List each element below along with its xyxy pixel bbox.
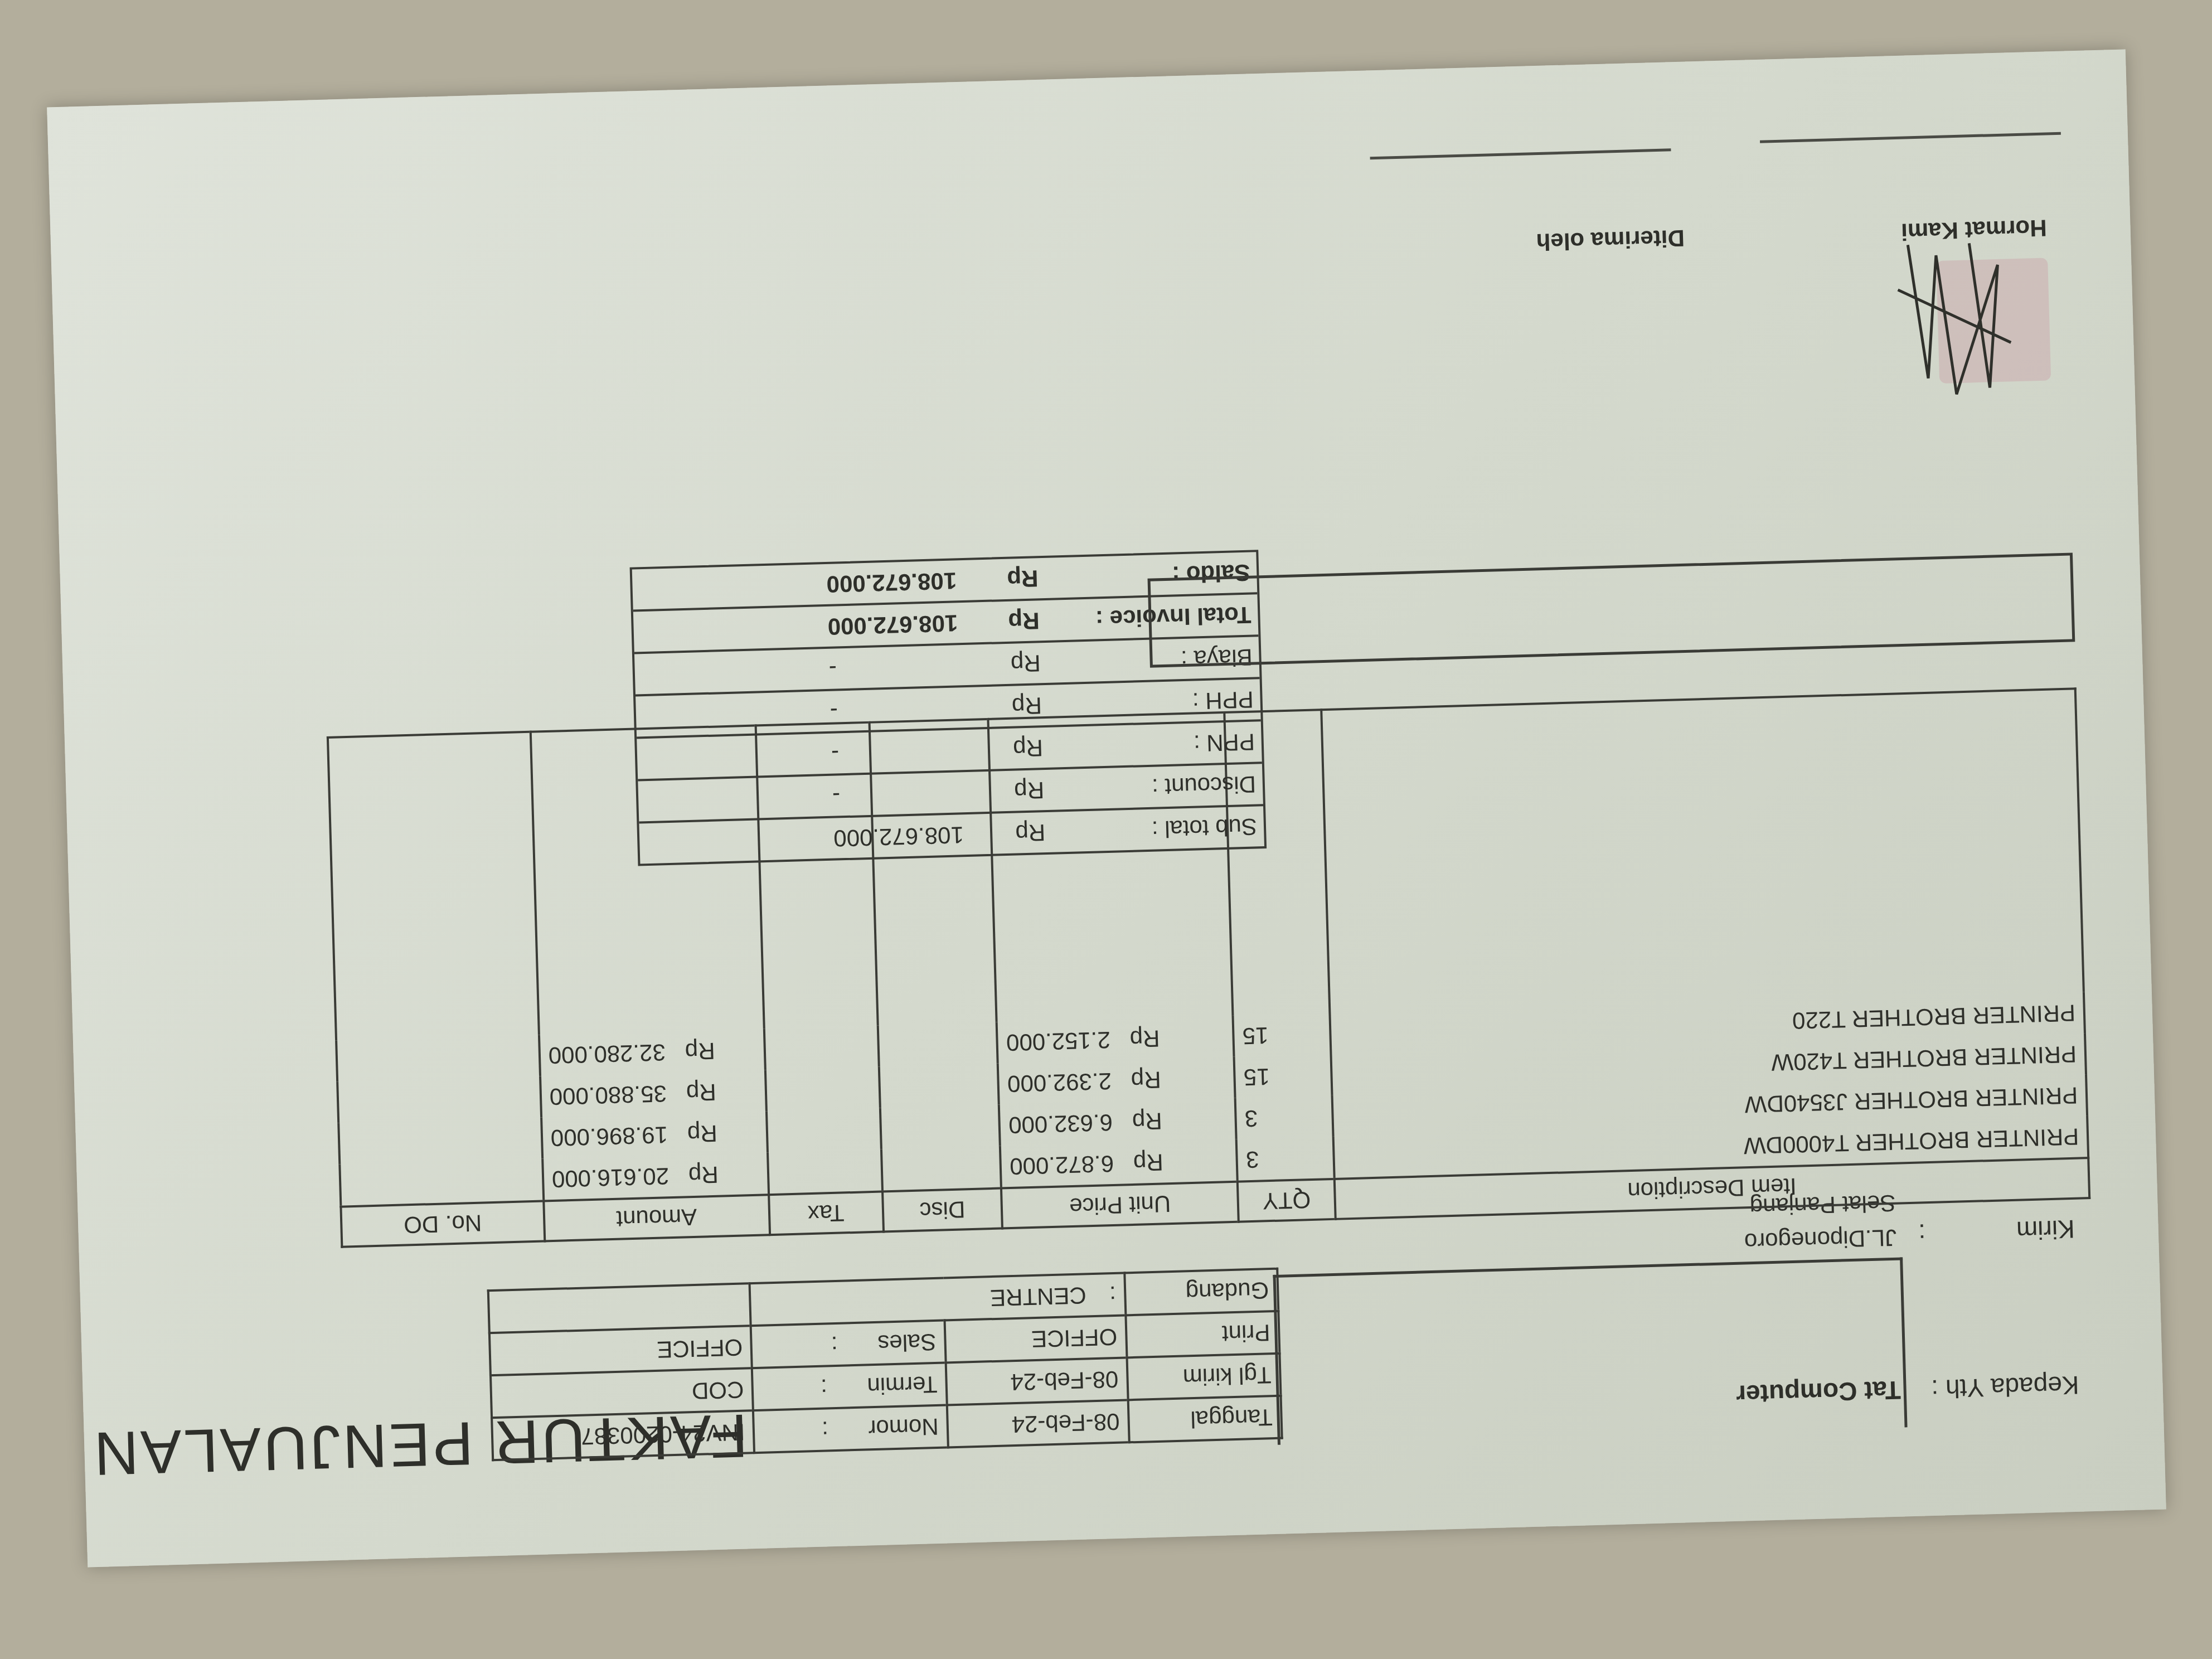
invoice-meta-table: Tanggal 08-Feb-24 Nomor : INV24-0200387 …	[487, 1268, 1283, 1462]
item-no-do	[338, 1118, 542, 1165]
totals-value: -	[829, 693, 997, 724]
totals-label: Sub total :	[1045, 813, 1264, 846]
nomor-label: Nomor :	[753, 1405, 948, 1453]
item-disc	[880, 1105, 1000, 1149]
header-disc: Disc	[882, 1189, 1003, 1232]
invoice-document: FAKTUR PENJUALAN Kepada Yth : Tat Comput…	[47, 49, 2166, 1567]
totals-currency: Rp	[996, 649, 1041, 677]
item-disc	[877, 1022, 998, 1067]
header-unit-price: Unit Price	[1001, 1182, 1239, 1229]
shipping-label: Kirim :	[1918, 1214, 2075, 1249]
tgl-kirim-value: 08-Feb-24	[945, 1357, 1128, 1405]
item-amount: Rp 20.616.000	[542, 1152, 769, 1201]
totals-value: 108.672.000	[826, 566, 994, 598]
notes-box	[1148, 552, 2075, 667]
header-no-do: No. DO	[341, 1201, 545, 1246]
totals-currency: Rp	[995, 607, 1040, 635]
address-line-1: JL.Diponegoro	[1744, 1220, 1897, 1259]
tanggal-label: Tanggal	[1128, 1396, 1282, 1443]
signature-scribble	[1874, 230, 2069, 413]
invoice-paper: FAKTUR PENJUALAN Kepada Yth : Tat Comput…	[47, 49, 2166, 1567]
header-tax: Tax	[769, 1192, 884, 1235]
item-amount: Rp 35.880.000	[540, 1070, 767, 1117]
totals-value: 108.672.000	[833, 820, 1001, 851]
totals-currency: Rp	[993, 565, 1039, 593]
sales-label: Sales :	[751, 1320, 945, 1368]
item-disc	[881, 1146, 1001, 1192]
item-amount: Rp 19.896.000	[541, 1111, 768, 1158]
header-qty: QTY	[1238, 1179, 1336, 1222]
totals-currency: Rp	[1001, 819, 1046, 847]
item-no-do	[336, 1035, 540, 1082]
address-box	[1273, 1257, 1907, 1444]
item-unit-price: Rp 6.872.000	[1000, 1139, 1238, 1189]
termin-label: Termin :	[752, 1362, 947, 1410]
print-label: Print	[1126, 1311, 1279, 1358]
totals-value: -	[831, 735, 998, 767]
item-qty: 3	[1236, 1137, 1335, 1182]
item-amount: Rp 32.280.000	[539, 1029, 765, 1076]
item-tax	[764, 1026, 879, 1070]
recipient-label: Kepada Yth :	[1931, 1370, 2080, 1404]
sender-signature-line	[1760, 132, 2061, 143]
item-unit-price: Rp 2.152.000	[997, 1016, 1234, 1064]
receiver-signature-label: Diterima oleh	[1536, 225, 1685, 255]
item-qty: 15	[1234, 1054, 1332, 1098]
totals-label: PPN :	[1042, 728, 1262, 761]
item-no-do	[339, 1159, 544, 1207]
item-no-do	[337, 1076, 541, 1123]
tanggal-value: 08-Feb-24	[947, 1400, 1129, 1447]
totals-value: -	[832, 778, 1000, 809]
totals-label: PPH :	[1041, 686, 1260, 719]
item-tax	[765, 1067, 880, 1112]
receiver-signature-line	[1370, 148, 1671, 159]
totals-currency: Rp	[997, 692, 1042, 720]
item-qty: 15	[1233, 1013, 1331, 1057]
item-disc	[879, 1064, 999, 1108]
item-qty: 3	[1235, 1095, 1333, 1139]
gudang-label: Gudang	[1124, 1269, 1278, 1316]
sales-value: OFFICE	[489, 1326, 752, 1375]
print-value: OFFICE	[944, 1315, 1127, 1362]
totals-value: -	[828, 651, 996, 682]
totals-label: Discount :	[1044, 770, 1263, 803]
totals-value: 108.672.000	[827, 608, 995, 639]
totals-currency: Rp	[999, 777, 1044, 804]
termin-value: COD	[491, 1368, 753, 1418]
item-tax	[767, 1108, 881, 1153]
nomor-value: INV24-0200387	[492, 1410, 754, 1460]
item-unit-price: Rp 6.632.000	[999, 1098, 1236, 1146]
tgl-kirim-label: Tgl kirim	[1127, 1354, 1280, 1400]
totals-currency: Rp	[998, 734, 1043, 762]
item-tax	[768, 1149, 882, 1195]
header-amount: Amount	[544, 1195, 770, 1241]
item-unit-price: Rp 2.392.000	[998, 1057, 1235, 1105]
